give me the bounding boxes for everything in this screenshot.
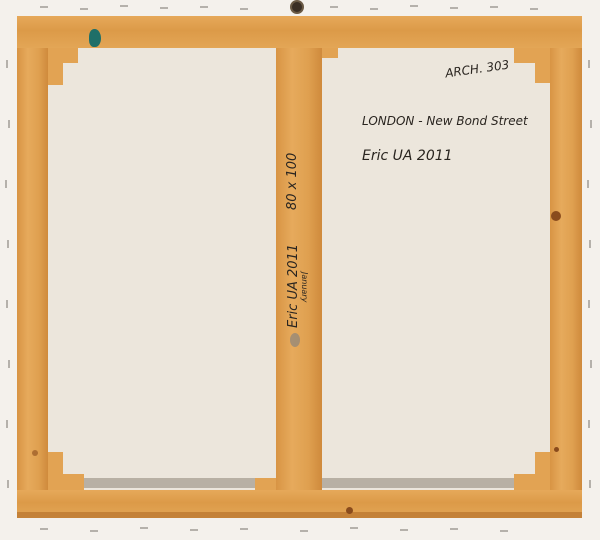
corner-key-br: [514, 474, 550, 490]
hanging-hook: [290, 0, 304, 14]
smudge-mark: [290, 333, 300, 347]
signature-inscription: Eric UA 2011: [362, 148, 453, 164]
canvas-back-photo: ARCH. 303 LONDON - New Bond Street Eric …: [0, 0, 600, 540]
crossbar-key-top: [322, 48, 338, 58]
crossbar-key-bottom: [255, 478, 276, 490]
corner-key-tl: [48, 63, 63, 85]
stretcher-top-bar: [17, 16, 582, 48]
bottom-bar-edge: [17, 512, 582, 518]
wood-knot: [32, 450, 38, 456]
linen-panel-left: [48, 48, 276, 490]
paint-spot: [89, 29, 101, 47]
corner-key-br: [535, 452, 550, 476]
corner-key-tr: [514, 48, 550, 63]
crossbar-dimensions-inscription: 80 x 100: [285, 153, 300, 210]
location-inscription: LONDON - New Bond Street: [362, 114, 528, 128]
corner-key-bl: [48, 474, 84, 490]
stretcher-right-bar: [550, 48, 582, 490]
stretcher-left-bar: [17, 48, 48, 490]
wood-knot: [346, 507, 353, 514]
wood-knot: [554, 447, 559, 452]
crossbar-signature-inscription: Eric UA 2011: [286, 244, 301, 328]
corner-key-bl: [48, 452, 63, 476]
crossbar-note-inscription: January: [300, 272, 309, 302]
wood-knot: [551, 211, 561, 221]
corner-key-tl: [48, 48, 78, 63]
corner-key-tr: [535, 63, 550, 83]
